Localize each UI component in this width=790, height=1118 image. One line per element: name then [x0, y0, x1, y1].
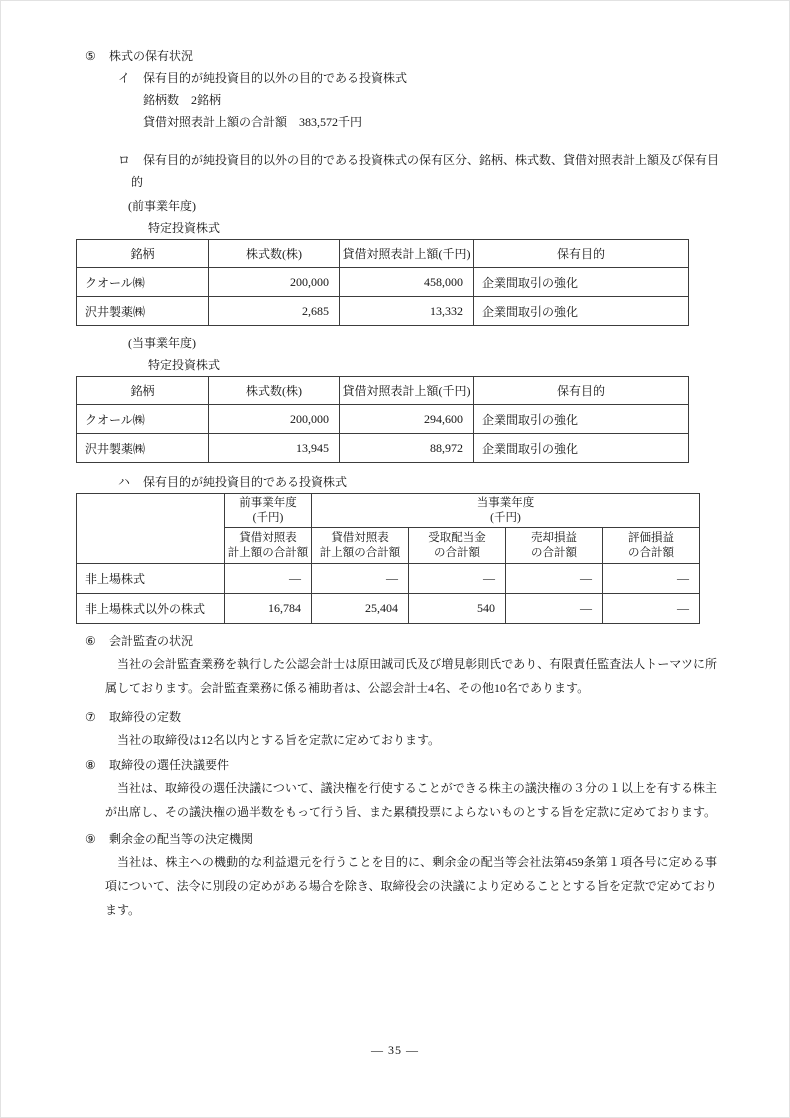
header-line: 売却損益: [506, 531, 602, 546]
pure-investment-table: 前事業年度 (千円) 当事業年度 (千円) 貸借対照表 計上額の合計額 貸借対照…: [76, 493, 700, 624]
amount-cell: 458,000: [340, 268, 474, 297]
header-line: の合計額: [409, 546, 505, 561]
table-row: クオール㈱ 200,000 294,600 企業間取引の強化: [77, 405, 689, 434]
value-cell: 16,784: [225, 594, 312, 624]
item-marker: ハ: [118, 471, 143, 493]
section-7-body: 当社の取締役は12名以内とする旨を定款に定めております。: [105, 728, 717, 752]
subcolumn-header-balance-cur: 貸借対照表 計上額の合計額: [312, 528, 409, 564]
purpose-cell: 企業間取引の強化: [474, 434, 689, 463]
section-9-heading: ⑨剰余金の配当等の決定機関: [85, 828, 789, 850]
table-header-row: 銘柄 株式数(株) 貸借対照表計上額(千円) 保有目的: [77, 377, 689, 405]
purpose-cell: 企業間取引の強化: [474, 405, 689, 434]
section-title: 会計監査の状況: [109, 634, 193, 648]
section-5-heading: ⑤株式の保有状況: [85, 45, 789, 67]
item-i-heading: イ保有目的が純投資目的以外の目的である投資株式: [118, 67, 789, 89]
value-cell: ―: [506, 594, 603, 624]
column-header-name: 銘柄: [77, 240, 209, 268]
document-page: ⑤株式の保有状況 イ保有目的が純投資目的以外の目的である投資株式 銘柄数 2銘柄…: [0, 0, 790, 1118]
subcolumn-header-valuation-gainloss: 評価損益 の合計額: [603, 528, 700, 564]
table-row: 沢井製薬㈱ 13,945 88,972 企業間取引の強化: [77, 434, 689, 463]
section-number: ⑦: [85, 706, 109, 728]
value-cell: ―: [225, 564, 312, 594]
header-line: 貸借対照表: [225, 531, 311, 546]
table-header-row: 銘柄 株式数(株) 貸借対照表計上額(千円) 保有目的: [77, 240, 689, 268]
value-cell: ―: [312, 564, 409, 594]
current-year-group-header: 当事業年度 (千円): [312, 494, 700, 528]
column-header-shares: 株式数(株): [209, 240, 340, 268]
header-line: 貸借対照表: [312, 531, 408, 546]
header-line: 評価損益: [603, 531, 699, 546]
item-marker: ロ: [118, 149, 130, 171]
header-line: の合計額: [603, 546, 699, 561]
current-year-label: (当事業年度): [128, 332, 789, 354]
table-row: 沢井製薬㈱ 2,685 13,332 企業間取引の強化: [77, 297, 689, 326]
shares-cell: 200,000: [209, 268, 340, 297]
value-cell: ―: [603, 594, 700, 624]
section-6-heading: ⑥会計監査の状況: [85, 630, 789, 652]
page-number: ― 35 ―: [1, 1043, 789, 1058]
subcolumn-header-balance-prev: 貸借対照表 計上額の合計額: [225, 528, 312, 564]
shares-cell: 13,945: [209, 434, 340, 463]
item-title: 保有目的が純投資目的以外の目的である投資株式: [143, 71, 407, 85]
prev-year-holdings-table: 銘柄 株式数(株) 貸借対照表計上額(千円) 保有目的 クオール㈱ 200,00…: [76, 239, 689, 326]
subcolumn-header-sale-gainloss: 売却損益 の合計額: [506, 528, 603, 564]
header-line: 計上額の合計額: [312, 546, 408, 561]
group-header-row: 前事業年度 (千円) 当事業年度 (千円): [77, 494, 700, 528]
stock-name-cell: 沢井製薬㈱: [77, 434, 209, 463]
group-unit: (千円): [312, 511, 699, 526]
section-title: 株式の保有状況: [109, 49, 193, 63]
column-header-amount: 貸借対照表計上額(千円): [340, 240, 474, 268]
column-header-purpose: 保有目的: [474, 377, 689, 405]
stock-count-line: 銘柄数 2銘柄: [143, 89, 789, 111]
value-cell: ―: [506, 564, 603, 594]
group-label: 当事業年度: [312, 496, 699, 511]
column-header-name: 銘柄: [77, 377, 209, 405]
section-8-heading: ⑧取締役の選任決議要件: [85, 754, 789, 776]
section-number: ⑨: [85, 828, 109, 850]
section-7-heading: ⑦取締役の定数: [85, 706, 789, 728]
section-8-body: 当社は、取締役の選任決議について、議決権を行使することができる株主の議決権の３分…: [105, 776, 717, 824]
stock-name-cell: クオール㈱: [77, 405, 209, 434]
specified-stocks-label: 特定投資株式: [148, 354, 789, 376]
stock-name-cell: 沢井製薬㈱: [77, 297, 209, 326]
group-label: 前事業年度: [225, 496, 311, 511]
column-header-amount: 貸借対照表計上額(千円): [340, 377, 474, 405]
amount-cell: 88,972: [340, 434, 474, 463]
shares-cell: 2,685: [209, 297, 340, 326]
row-label-cell: 非上場株式以外の株式: [77, 594, 225, 624]
section-number: ⑥: [85, 630, 109, 652]
prev-year-label: (前事業年度): [128, 195, 789, 217]
value-cell: 540: [409, 594, 506, 624]
section-title: 取締役の選任決議要件: [109, 758, 229, 772]
item-ro-heading: ロ 保有目的が純投資目的以外の目的である投資株式の保有区分、銘柄、株式数、貸借対…: [131, 149, 719, 193]
item-marker: イ: [118, 67, 143, 89]
amount-cell: 13,332: [340, 297, 474, 326]
group-unit: (千円): [225, 511, 311, 526]
header-line: の合計額: [506, 546, 602, 561]
table-row: 非上場株式 ― ― ― ― ―: [77, 564, 700, 594]
section-6-body: 当社の会計監査業務を執行した公認会計士は原田誠司氏及び増見彰則氏であり、有限責任…: [105, 652, 717, 700]
specified-stocks-label: 特定投資株式: [148, 217, 789, 239]
item-title: 保有目的が純投資目的以外の目的である投資株式の保有区分、銘柄、株式数、貸借対照表…: [131, 149, 719, 193]
item-title: 保有目的が純投資目的である投資株式: [143, 475, 347, 489]
amount-cell: 294,600: [340, 405, 474, 434]
value-cell: ―: [603, 564, 700, 594]
value-cell: 25,404: [312, 594, 409, 624]
prev-year-group-header: 前事業年度 (千円): [225, 494, 312, 528]
current-year-holdings-table: 銘柄 株式数(株) 貸借対照表計上額(千円) 保有目的 クオール㈱ 200,00…: [76, 376, 689, 463]
total-amount-line: 貸借対照表計上額の合計額 383,572千円: [143, 111, 789, 133]
header-line: 受取配当金: [409, 531, 505, 546]
item-ha-heading: ハ保有目的が純投資目的である投資株式: [118, 471, 789, 493]
column-header-purpose: 保有目的: [474, 240, 689, 268]
section-title: 剰余金の配当等の決定機関: [109, 832, 253, 846]
table-row: 非上場株式以外の株式 16,784 25,404 540 ― ―: [77, 594, 700, 624]
header-line: 計上額の合計額: [225, 546, 311, 561]
purpose-cell: 企業間取引の強化: [474, 268, 689, 297]
stock-name-cell: クオール㈱: [77, 268, 209, 297]
section-title: 取締役の定数: [109, 710, 181, 724]
corner-cell: [77, 494, 225, 564]
subcolumn-header-dividends: 受取配当金 の合計額: [409, 528, 506, 564]
column-header-shares: 株式数(株): [209, 377, 340, 405]
value-cell: ―: [409, 564, 506, 594]
table-row: クオール㈱ 200,000 458,000 企業間取引の強化: [77, 268, 689, 297]
purpose-cell: 企業間取引の強化: [474, 297, 689, 326]
section-number: ⑧: [85, 754, 109, 776]
section-number: ⑤: [85, 45, 109, 67]
row-label-cell: 非上場株式: [77, 564, 225, 594]
section-9-body: 当社は、株主への機動的な利益還元を行うことを目的に、剰余金の配当等会社法第459…: [105, 850, 717, 922]
shares-cell: 200,000: [209, 405, 340, 434]
